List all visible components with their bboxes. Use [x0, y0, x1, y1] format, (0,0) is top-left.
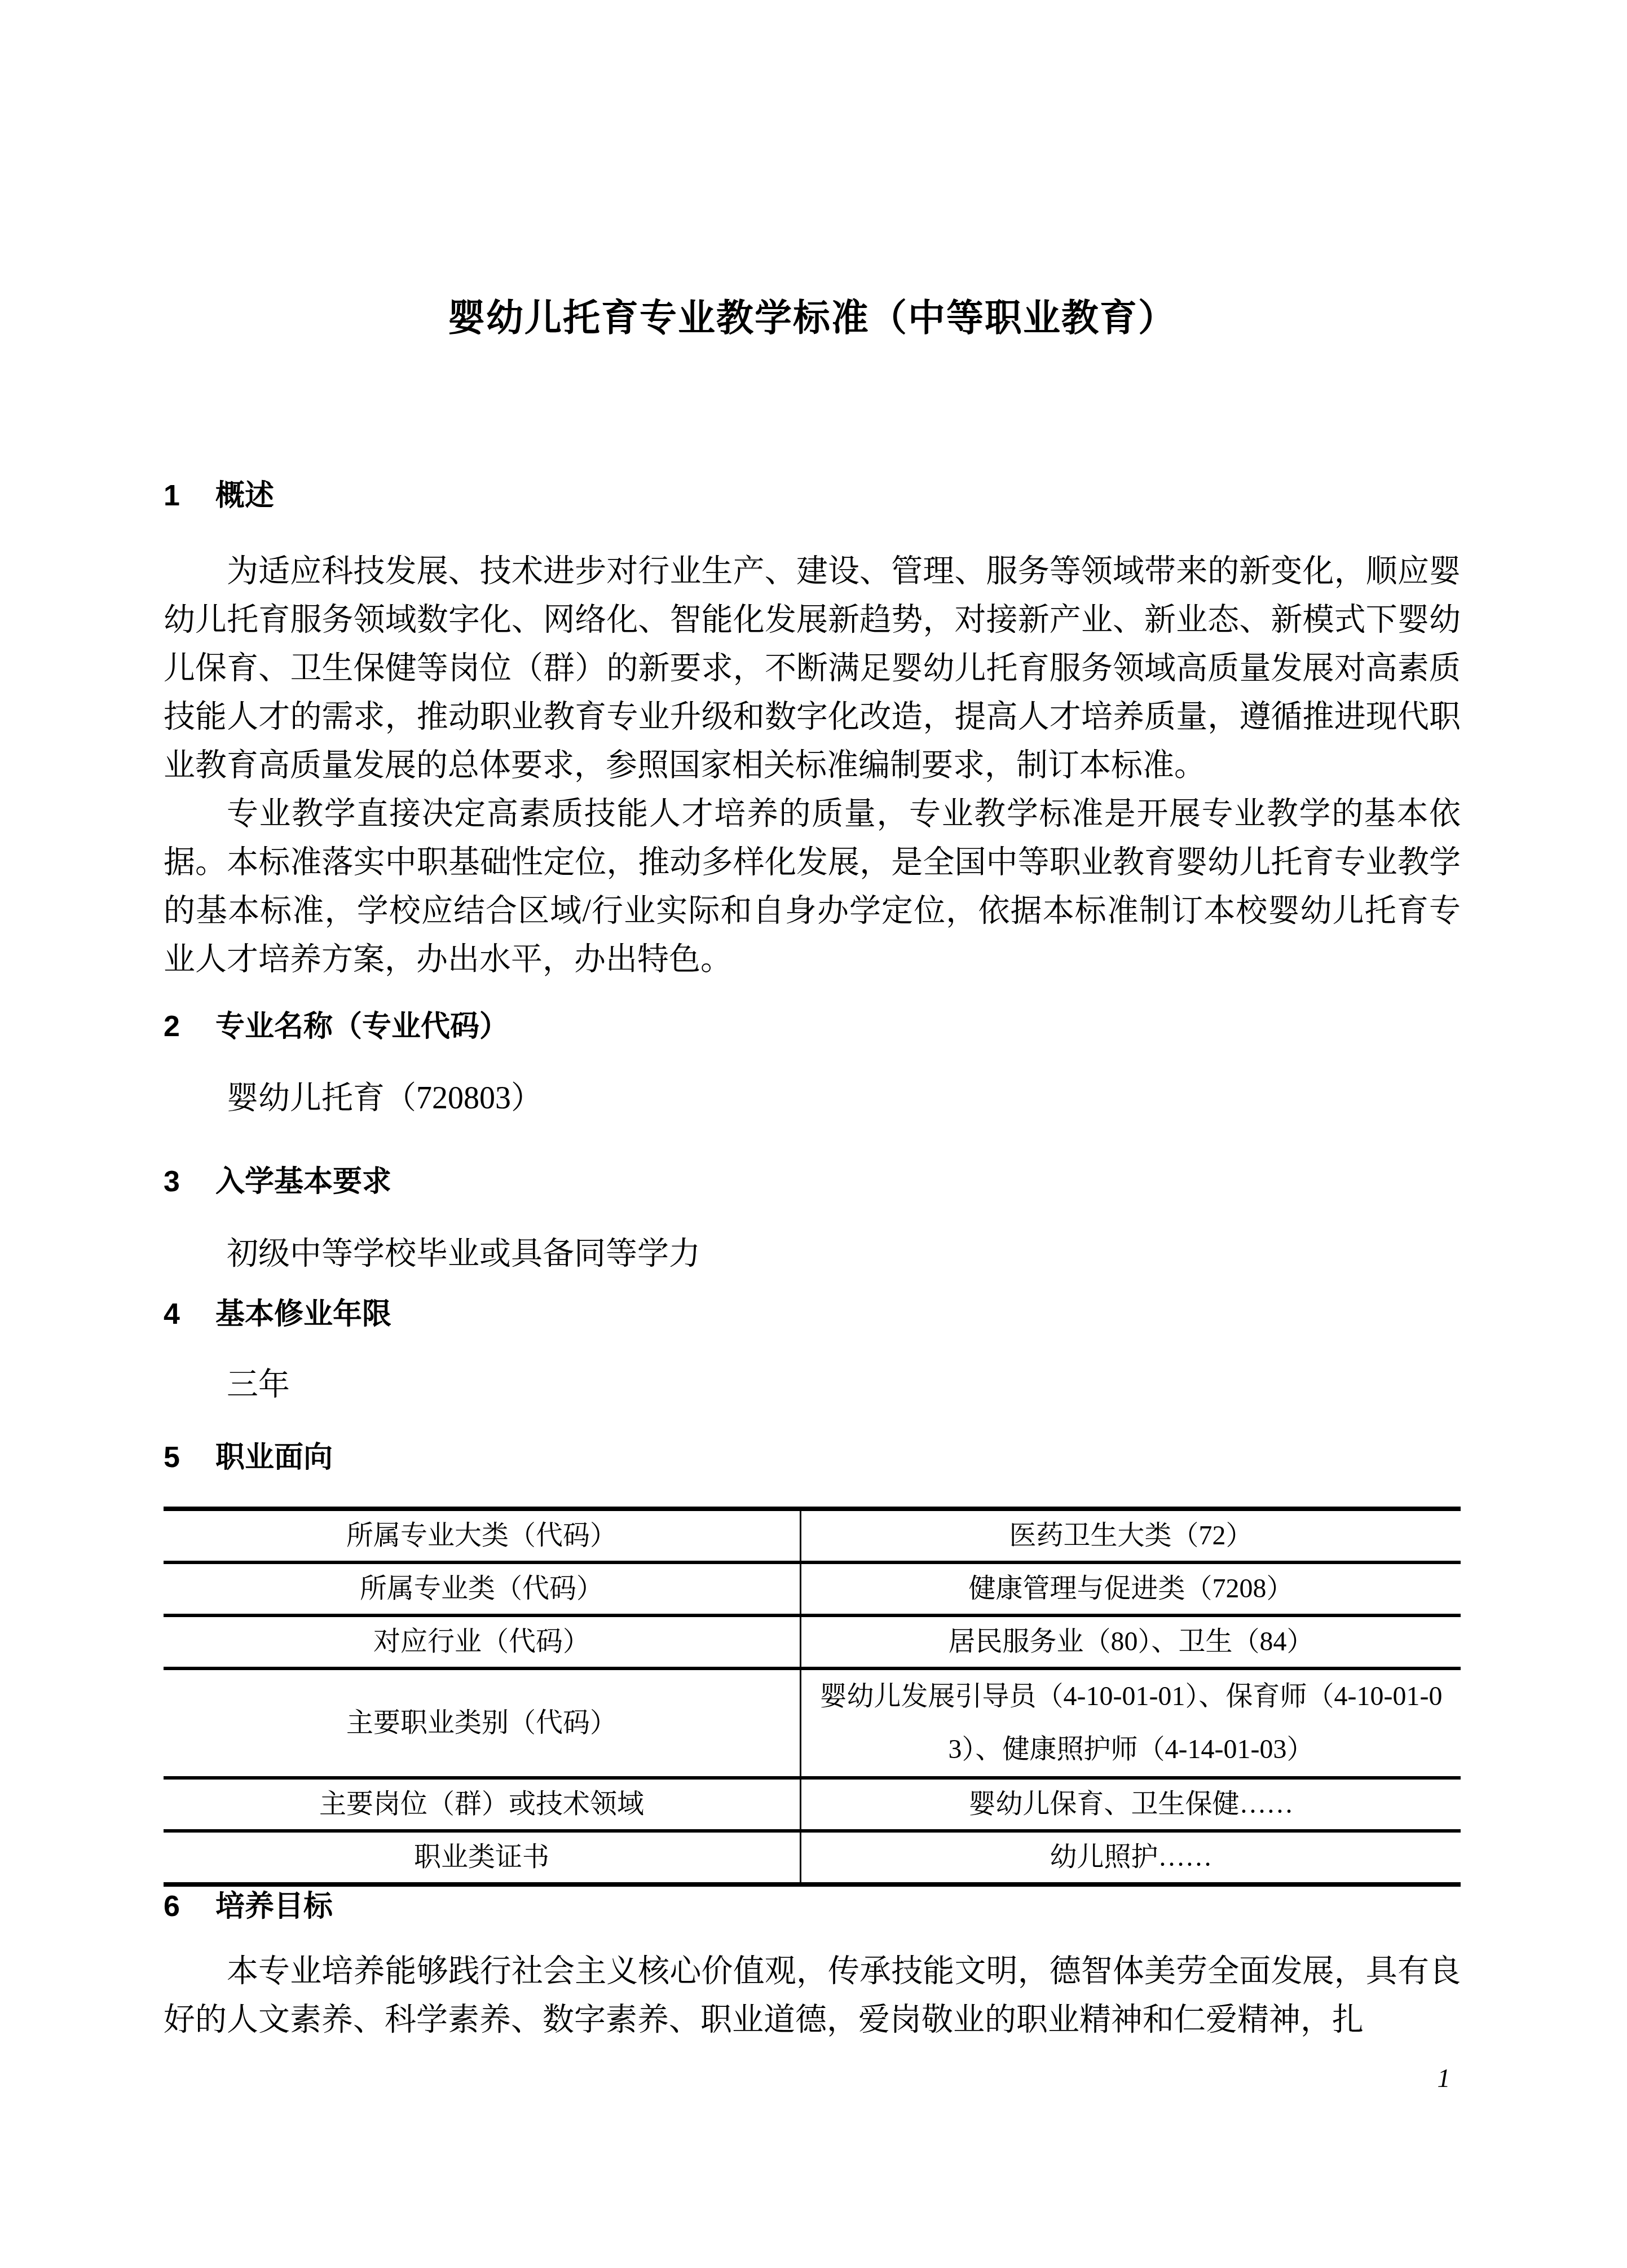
- table-cell-value: 婴幼儿保育、卫生保健……: [801, 1778, 1461, 1831]
- table-row: 主要职业类别（代码） 婴幼儿发展引导员（4-10-01-01）、保育师（4-10…: [164, 1668, 1461, 1778]
- section-number: 6: [164, 1890, 215, 1923]
- table-cell-label: 所属专业大类（代码）: [164, 1509, 801, 1562]
- paragraph: 为适应科技发展、技术进步对行业生产、建设、管理、服务等领域带来的新变化，顺应婴幼…: [164, 547, 1461, 790]
- table-row: 职业类证书 幼儿照护……: [164, 1831, 1461, 1884]
- paragraph: 婴幼儿托育（720803）: [164, 1074, 1461, 1122]
- section-number: 2: [164, 1010, 215, 1043]
- section-number: 3: [164, 1165, 215, 1199]
- paragraph: 初级中等学校毕业或具备同等学力: [164, 1230, 1461, 1278]
- section-title: 基本修业年限: [215, 1298, 391, 1331]
- career-orientation-table: 所属专业大类（代码） 医药卫生大类（72） 所属专业类（代码） 健康管理与促进类…: [164, 1507, 1461, 1887]
- section-number: 1: [164, 479, 215, 513]
- section-heading-entry-requirements: 3入学基本要求: [164, 1165, 1461, 1199]
- paragraph: 三年: [164, 1360, 1461, 1409]
- table-cell-value: 幼儿照护……: [801, 1831, 1461, 1884]
- section-heading-training-objectives: 6培养目标: [164, 1890, 1461, 1923]
- page-number: 1: [1410, 2062, 1478, 2095]
- paragraph: 专业教学直接决定高素质技能人才培养的质量，专业教学标准是开展专业教学的基本依据。…: [164, 790, 1461, 984]
- section-number: 5: [164, 1441, 215, 1474]
- table-row: 所属专业类（代码） 健康管理与促进类（7208）: [164, 1562, 1461, 1615]
- section-title: 培养目标: [215, 1890, 333, 1923]
- section-overview-body: 为适应科技发展、技术进步对行业生产、建设、管理、服务等领域带来的新变化，顺应婴幼…: [164, 547, 1461, 984]
- table-cell-label: 职业类证书: [164, 1831, 801, 1884]
- document-title: 婴幼儿托育专业教学标准（中等职业教育）: [164, 293, 1461, 345]
- table-cell-label: 主要职业类别（代码）: [164, 1668, 801, 1778]
- table-row: 对应行业（代码） 居民服务业（80）、卫生（84）: [164, 1615, 1461, 1668]
- paragraph: 本专业培养能够践行社会主义核心价值观，传承技能文明，德智体美劳全面发展，具有良好…: [164, 1947, 1461, 2044]
- section-major-name-body: 婴幼儿托育（720803）: [164, 1074, 1461, 1122]
- section-entry-requirements-body: 初级中等学校毕业或具备同等学力: [164, 1230, 1461, 1278]
- section-title: 概述: [215, 479, 274, 512]
- table-cell-value: 婴幼儿发展引导员（4-10-01-01）、保育师（4-10-01-03）、健康照…: [801, 1668, 1461, 1778]
- section-heading-study-duration: 4基本修业年限: [164, 1297, 1461, 1331]
- table-cell-label: 对应行业（代码）: [164, 1615, 801, 1668]
- section-study-duration-body: 三年: [164, 1360, 1461, 1409]
- table-row: 主要岗位（群）或技术领域 婴幼儿保育、卫生保健……: [164, 1778, 1461, 1831]
- document-page: 婴幼儿托育专业教学标准（中等职业教育） 1概述 为适应科技发展、技术进步对行业生…: [0, 0, 1627, 2268]
- table-cell-label: 主要岗位（群）或技术领域: [164, 1778, 801, 1831]
- section-title: 专业名称（专业代码）: [215, 1010, 509, 1043]
- section-heading-career-orientation: 5职业面向: [164, 1441, 1461, 1474]
- table-cell-value: 健康管理与促进类（7208）: [801, 1562, 1461, 1615]
- table-cell-value: 医药卫生大类（72）: [801, 1509, 1461, 1562]
- section-heading-major-name: 2专业名称（专业代码）: [164, 1010, 1461, 1043]
- section-training-objectives-body: 本专业培养能够践行社会主义核心价值观，传承技能文明，德智体美劳全面发展，具有良好…: [164, 1947, 1461, 2044]
- table-cell-value: 居民服务业（80）、卫生（84）: [801, 1615, 1461, 1668]
- section-title: 职业面向: [215, 1441, 333, 1474]
- table-row: 所属专业大类（代码） 医药卫生大类（72）: [164, 1509, 1461, 1562]
- section-heading-overview: 1概述: [164, 479, 1461, 513]
- section-title: 入学基本要求: [215, 1165, 391, 1198]
- table-cell-label: 所属专业类（代码）: [164, 1562, 801, 1615]
- section-number: 4: [164, 1297, 215, 1331]
